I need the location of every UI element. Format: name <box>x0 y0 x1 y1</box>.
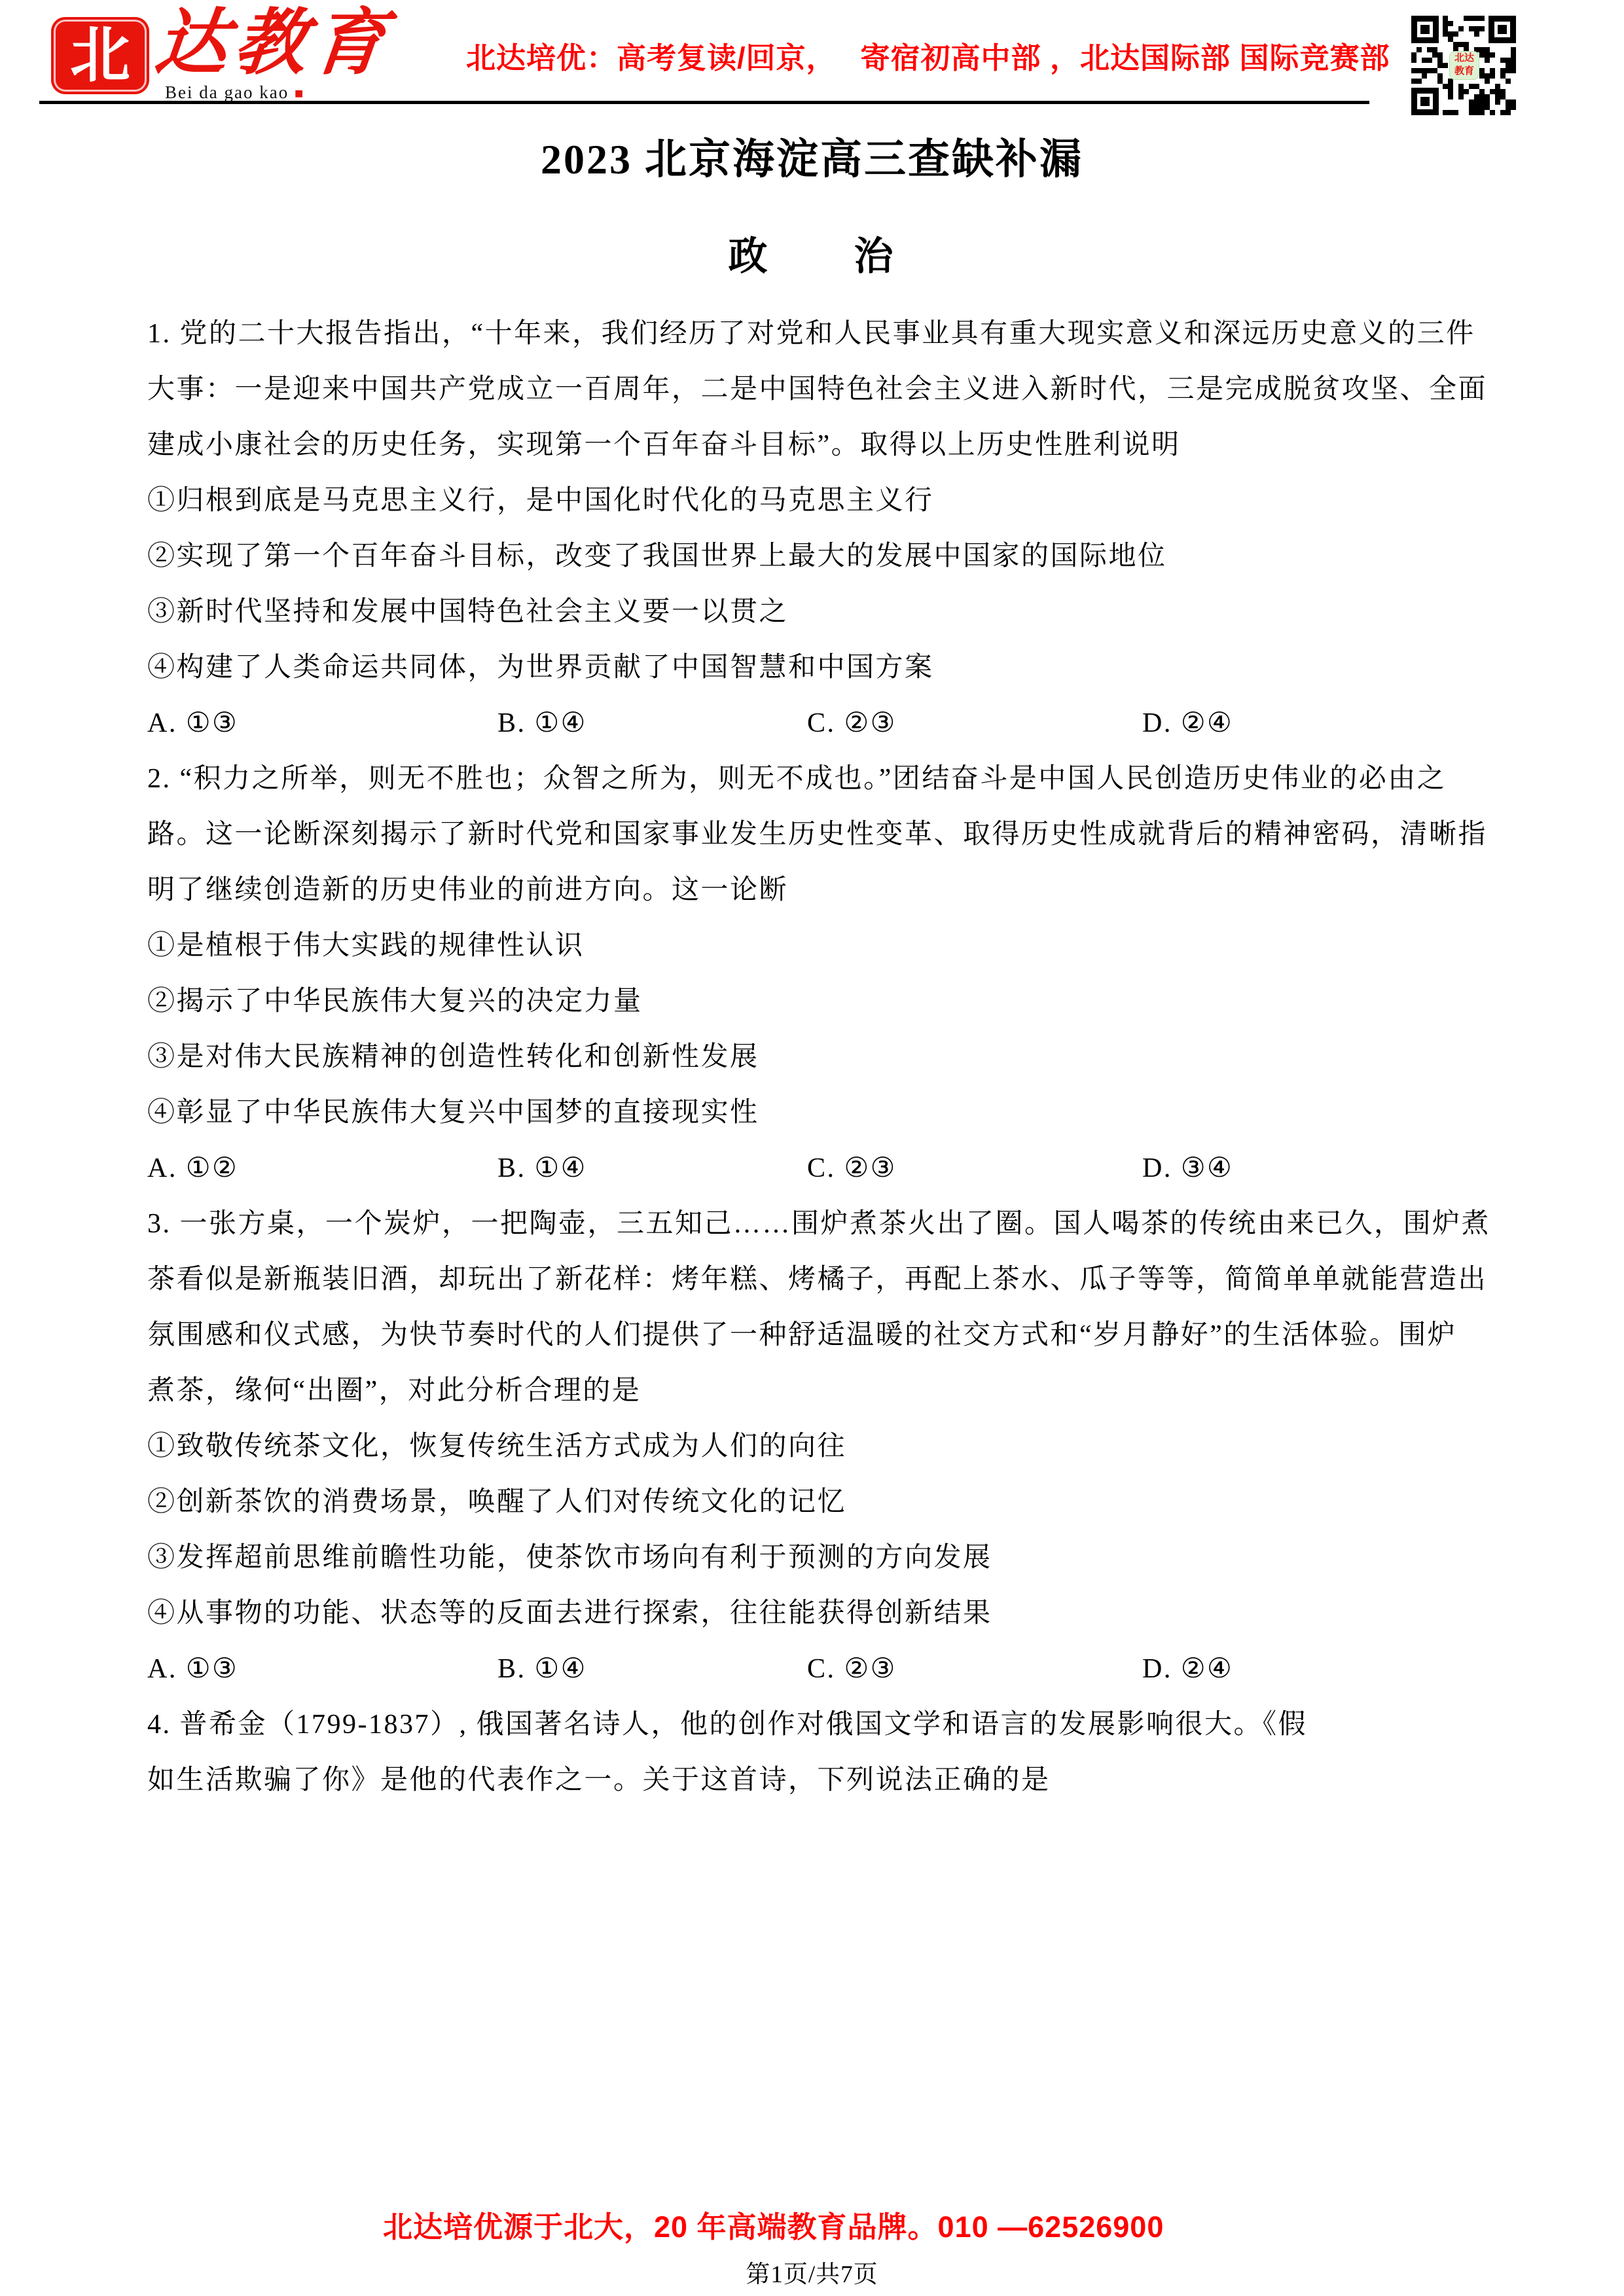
q2-option-b: B. ①④ <box>497 1141 587 1196</box>
q3-stem-line-2: 茶看似是新瓶装旧酒，却玩出了新花样：烤年糕、烤橘子，再配上茶水、瓜子等等，简简单… <box>147 1252 1479 1308</box>
q4-stem-line-2: 如生活欺骗了你》是他的代表作之一。关于这首诗，下列说法正确的是 <box>147 1753 1479 1808</box>
q2-stem-line-2: 路。这一论断深刻揭示了新时代党和国家事业发生历史性变革、取得历史性成就背后的精神… <box>147 807 1479 863</box>
q3-item-2: ②创新茶饮的消费场景，唤醒了人们对传统文化的记忆 <box>147 1475 1479 1530</box>
q2-options-row: A. ①② B. ①④ C. ②③ D. ③④ <box>147 1141 1479 1196</box>
q1-item-2: ②实现了第一个百年奋斗目标，改变了我国世界上最大的发展中国家的国际地位 <box>147 529 1479 584</box>
qr-label-line2: 教育 <box>1450 65 1479 78</box>
brand-pinyin-mark: ■ <box>295 85 304 101</box>
qr-finder-icon <box>1411 88 1439 115</box>
qr-code: 北达 教育 <box>1411 16 1516 115</box>
q2-item-3: ③是对伟大民族精神的创造性转化和创新性发展 <box>147 1030 1479 1085</box>
q2-stem-line-1: 2. “积力之所举，则无不胜也；众智之所为，则无不成也。”团结奋斗是中国人民创造… <box>147 751 1479 807</box>
q2-stem-line-3: 明了继续创造新的历史伟业的前进方向。这一论断 <box>147 863 1479 918</box>
qr-finder-icon <box>1411 16 1439 43</box>
q3-options-row: A. ①③ B. ①④ C. ②③ D. ②④ <box>147 1641 1479 1697</box>
footer-promo: 北达培优源于北大，20 年高端教育品牌。010 —62526900 <box>383 2203 1164 2246</box>
q2-option-d: D. ③④ <box>1142 1141 1233 1196</box>
q2-item-1: ①是植根于伟大实践的规律性认识 <box>147 918 1479 974</box>
q1-stem-line-2: 大事：一是迎来中国共产党成立一百周年，二是中国特色社会主义进入新时代，三是完成脱… <box>147 362 1479 418</box>
q3-item-1: ①致敬传统茶文化，恢复传统生活方式成为人们的向往 <box>147 1419 1479 1475</box>
qr-label-line1: 北达 <box>1450 52 1479 65</box>
q3-option-d: D. ②④ <box>1142 1641 1233 1697</box>
brand-pinyin: Bei da gao kao ■ <box>165 82 304 103</box>
q2-option-a: A. ①② <box>147 1141 238 1196</box>
q1-option-c: C. ②③ <box>807 696 897 751</box>
qr-finder-icon <box>1489 16 1516 43</box>
q1-option-b: B. ①④ <box>497 696 587 751</box>
q3-option-a: A. ①③ <box>147 1641 238 1697</box>
question-list: 1. 党的二十大报告指出，“十年来，我们经历了对党和人民事业具有重大现实意义和深… <box>147 306 1479 1808</box>
q1-option-a: A. ①③ <box>147 696 238 751</box>
q3-option-c: C. ②③ <box>807 1641 897 1697</box>
header-tagline: 北达培优：高考复读/回京， 寄宿初高中部 ，北达国际部 国际竞赛部 <box>466 34 1390 77</box>
exam-title: 2023 北京海淀高三查缺补漏 <box>0 126 1624 186</box>
q3-option-b: B. ①④ <box>497 1641 587 1697</box>
qr-center-label: 北达 教育 <box>1449 51 1479 80</box>
q2-option-c: C. ②③ <box>807 1141 897 1196</box>
q1-stem-line-3: 建成小康社会的历史任务，实现第一个百年奋斗目标”。取得以上历史性胜利说明 <box>147 418 1479 473</box>
q3-stem-line-1: 3. 一张方桌，一个炭炉，一把陶壶，三五知己……围炉煮茶火出了圈。国人喝茶的传统… <box>147 1196 1479 1252</box>
q1-stem-line-1: 1. 党的二十大报告指出，“十年来，我们经历了对党和人民事业具有重大现实意义和深… <box>147 306 1479 362</box>
q3-stem-line-3: 氛围感和仪式感，为快节奏时代的人们提供了一种舒适温暖的社交方式和“岁月静好”的生… <box>147 1308 1479 1363</box>
q1-item-4: ④构建了人类命运共同体，为世界贡献了中国智慧和中国方案 <box>147 640 1479 696</box>
q1-item-3: ③新时代坚持和发展中国特色社会主义要一以贯之 <box>147 584 1479 640</box>
exam-paper-page: 北 达教育 Bei da gao kao ■ 北达培优：高考复读/回京， 寄宿初… <box>0 0 1624 2296</box>
q2-item-4: ④彰显了中华民族伟大复兴中国梦的直接现实性 <box>147 1085 1479 1141</box>
q4-stem-line-1: 4. 普希金（1799-1837）, 俄国著名诗人，他的创作对俄国文学和语言的发… <box>147 1697 1479 1753</box>
q3-item-4: ④从事物的功能、状态等的反面去进行探索，往往能获得创新结果 <box>147 1586 1479 1641</box>
q1-item-1: ①归根到底是马克思主义行，是中国化时代化的马克思主义行 <box>147 473 1479 529</box>
q1-option-d: D. ②④ <box>1142 696 1233 751</box>
header-divider <box>39 101 1369 104</box>
q1-options-row: A. ①③ B. ①④ C. ②③ D. ②④ <box>147 696 1479 751</box>
brand-script-text: 达教育 <box>152 4 396 82</box>
subject-title: 政 治 <box>0 225 1624 281</box>
page-indicator: 第1页/共7页 <box>0 2254 1624 2289</box>
q2-item-2: ②揭示了中华民族伟大复兴的决定力量 <box>147 974 1479 1030</box>
brand-seal-logo: 北 <box>51 17 149 94</box>
q3-item-3: ③发挥超前思维前瞻性功能，使茶饮市场向有利于预测的方向发展 <box>147 1530 1479 1586</box>
brand-pinyin-text: Bei da gao kao <box>165 82 289 102</box>
q3-stem-line-4: 煮茶，缘何“出圈”，对此分析合理的是 <box>147 1363 1479 1419</box>
